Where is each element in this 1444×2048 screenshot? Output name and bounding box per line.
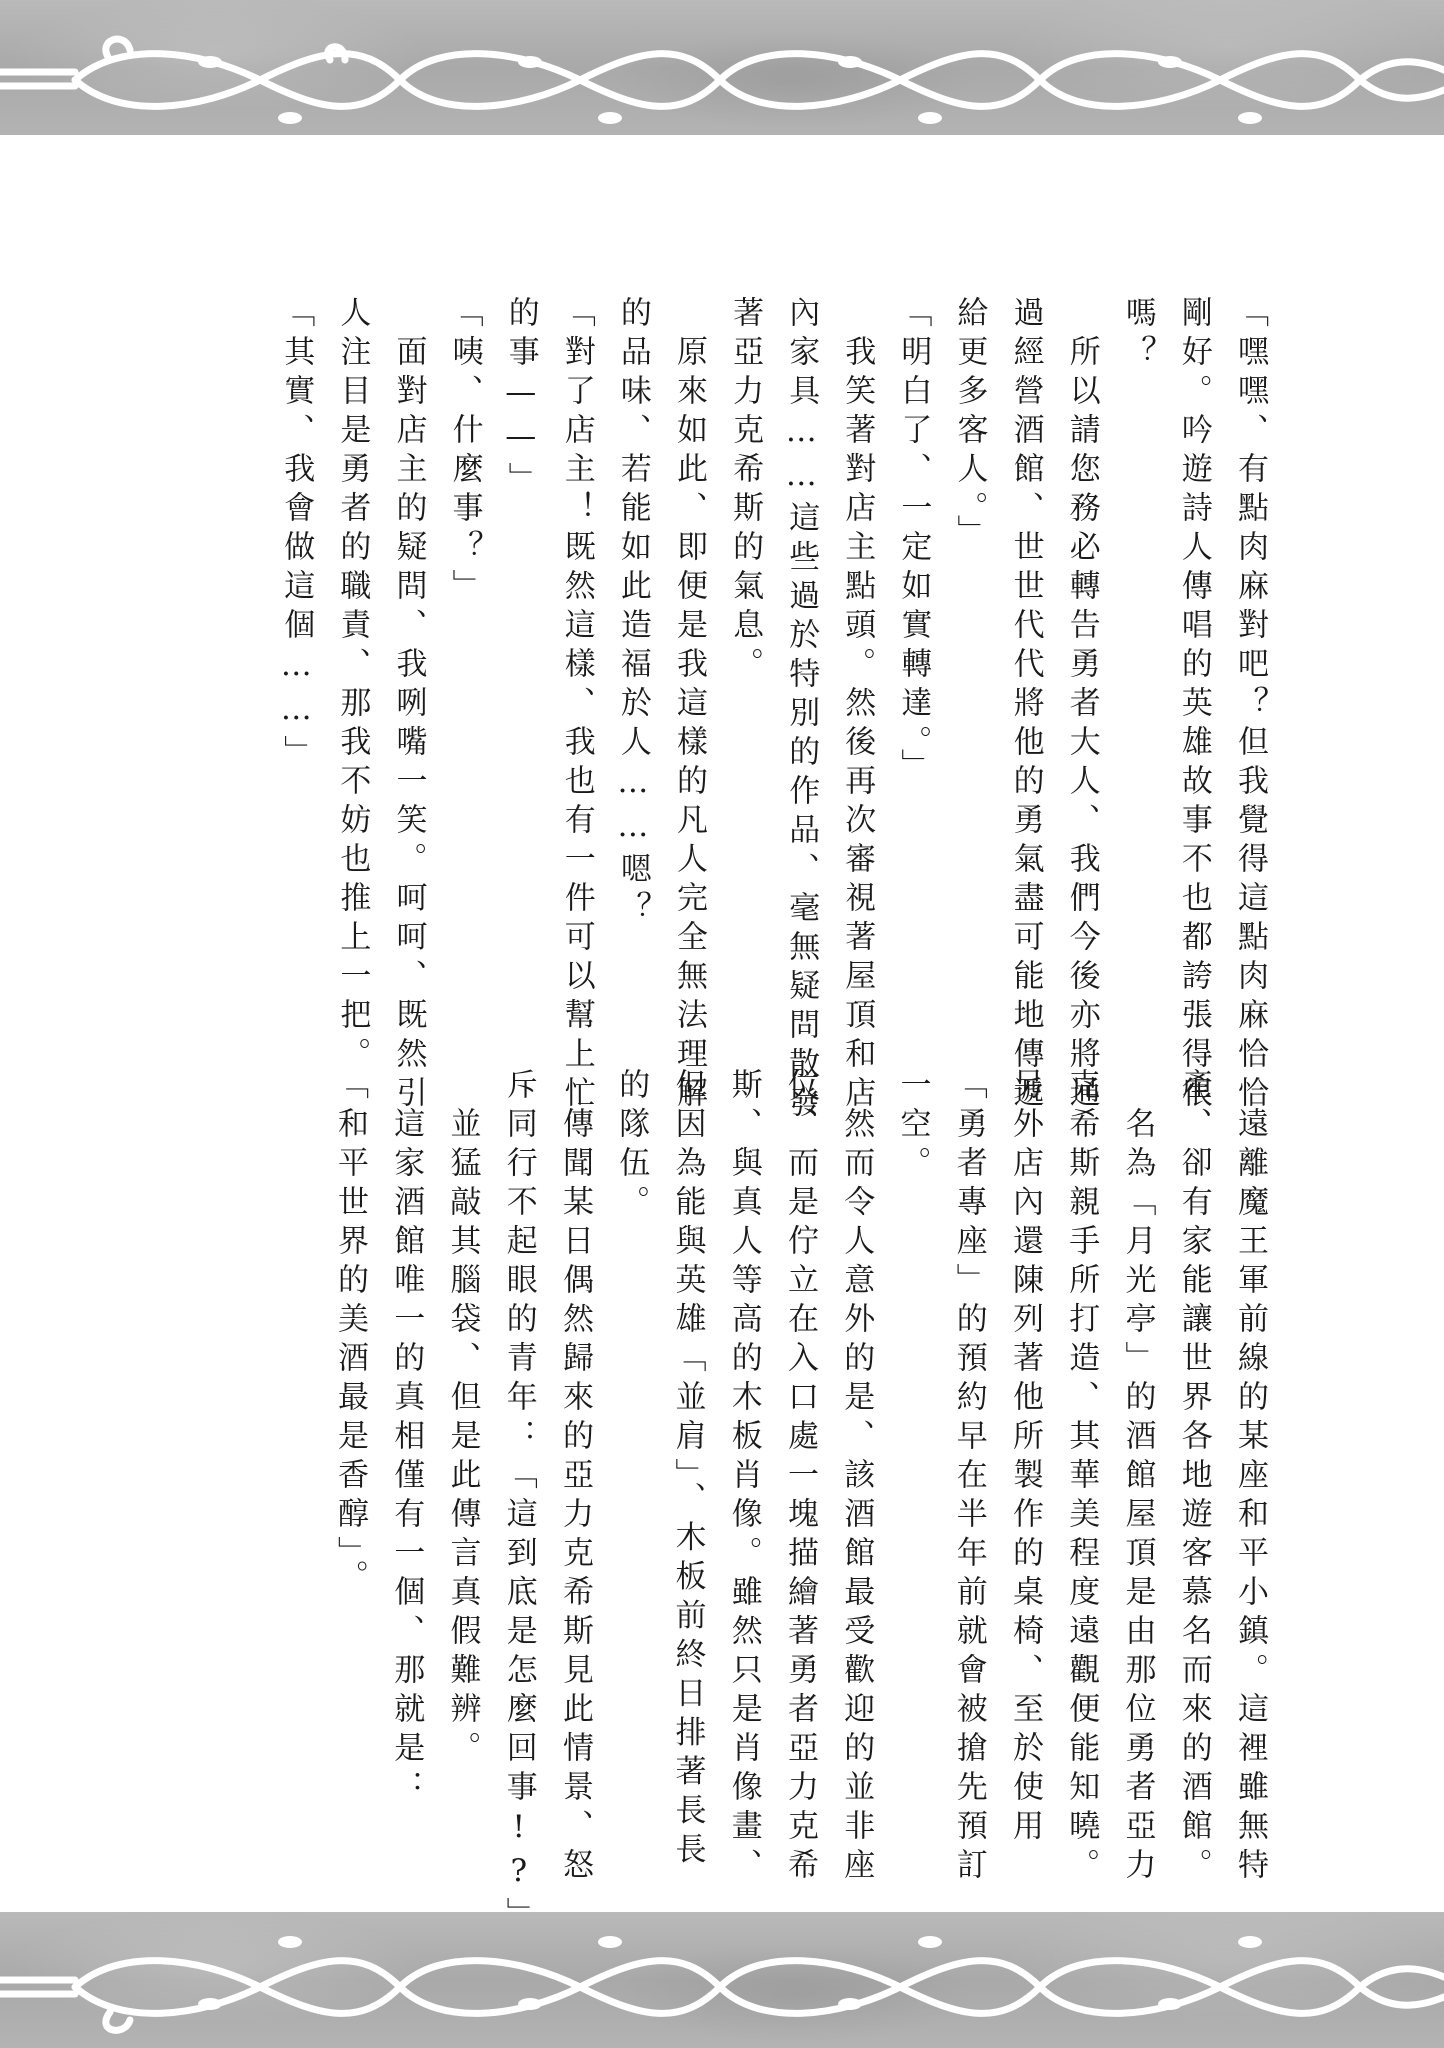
lower-text-column: 斥同行不起眼的青年：「這到底是怎麼回事!?」 <box>499 1068 539 1936</box>
lower-text-column: 一空。 <box>893 1068 933 1185</box>
upper-text-column: 「嘿嘿、有點肉麻對吧？但我覺得這點肉麻恰恰 <box>1230 296 1270 1115</box>
lower-text-column: 然而令人意外的是、該酒館最受歡迎的並非座 <box>836 1107 876 1887</box>
lower-text-column: 產、卻有家能讓世界各地遊客慕名而來的酒館。 <box>1174 1068 1214 1887</box>
upper-text-column: 的品味、若能如此造福於人……嗯？ <box>613 296 653 930</box>
lower-text-column: 克希斯親手所打造、其華美程度遠觀便能知曉。 <box>1061 1068 1101 1887</box>
upper-text-column: 面對店主的疑問、我咧嘴一笑。呵呵、既然引 <box>389 335 429 1115</box>
lower-text-column: 「勇者專座」的預約早在半年前就會被搶先預訂 <box>949 1068 989 1887</box>
floral-scroll-ornament-icon <box>0 1912 1444 2048</box>
upper-text-column: 「明白了、一定如實轉達。」 <box>893 296 933 788</box>
upper-text-column: 我笑著對店主點頭。然後再次審視著屋頂和店 <box>837 335 877 1115</box>
upper-text-column: 過經營酒館、世世代代將他的勇氣盡可能地傳遞 <box>1006 296 1046 1115</box>
top-decorative-band <box>0 0 1444 135</box>
lower-text-column: 位、而是佇立在入口處一塊描繪著勇者亞力克希 <box>780 1068 820 1887</box>
upper-text-column: 所以請您務必轉告勇者大人、我們今後亦將通 <box>1062 335 1102 1115</box>
upper-text-column: 嗎？ <box>1118 296 1158 374</box>
bottom-decorative-band <box>0 1912 1444 2048</box>
upper-text-column: 「咦、什麼事？」 <box>445 296 485 608</box>
lower-text-column: 「和平世界的美酒最是香醇」。 <box>330 1068 370 1599</box>
lower-text-column: 名為「月光亭」的酒館屋頂是由那位勇者亞力 <box>1118 1107 1158 1887</box>
upper-text-column: 著亞力克希斯的氣息。 <box>725 296 765 686</box>
lower-text-column: 的隊伍。 <box>611 1068 651 1224</box>
upper-text-column: 的事——」 <box>501 296 541 501</box>
lower-text-column: 但因為能與英雄「並肩」、木板前終日排著長長 <box>668 1068 708 1872</box>
upper-text-column: 「對了店主！既然這樣、我也有一件可以幫上忙 <box>557 296 597 1115</box>
upper-text-column: 剛好。吟遊詩人傳唱的英雄故事不也都誇張得很 <box>1174 296 1214 1115</box>
upper-text-column: 內家具……這些過於特別的作品、毫無疑問散發 <box>781 296 821 1125</box>
lower-text-column: 遠離魔王軍前線的某座和平小鎮。這裡雖無特 <box>1230 1107 1270 1887</box>
floral-scroll-ornament-icon <box>0 0 1444 135</box>
upper-text-column: 人注目是勇者的職責、那我不妨也推上一把。 <box>332 296 372 1076</box>
upper-text-column: 原來如此、即便是我這樣的凡人完全無法理解 <box>669 335 709 1115</box>
upper-text-column: 給更多客人。」 <box>950 296 990 554</box>
lower-text-column: 傳聞某日偶然歸來的亞力克希斯見此情景、怒 <box>555 1107 595 1887</box>
lower-text-column: 並猛敲其腦袋、但是此傳言真假難辨。 <box>443 1107 483 1770</box>
lower-text-column: 這家酒館唯一的真相僅有一個、那就是： <box>386 1107 426 1809</box>
lower-text-column: 斯、與真人等高的木板肖像。雖然只是肖像畫、 <box>724 1068 764 1887</box>
upper-text-column: 「其實、我會做這個……」 <box>276 296 316 774</box>
lower-text-column: 另外店內還陳列著他所製作的桌椅、至於使用 <box>1005 1068 1045 1848</box>
